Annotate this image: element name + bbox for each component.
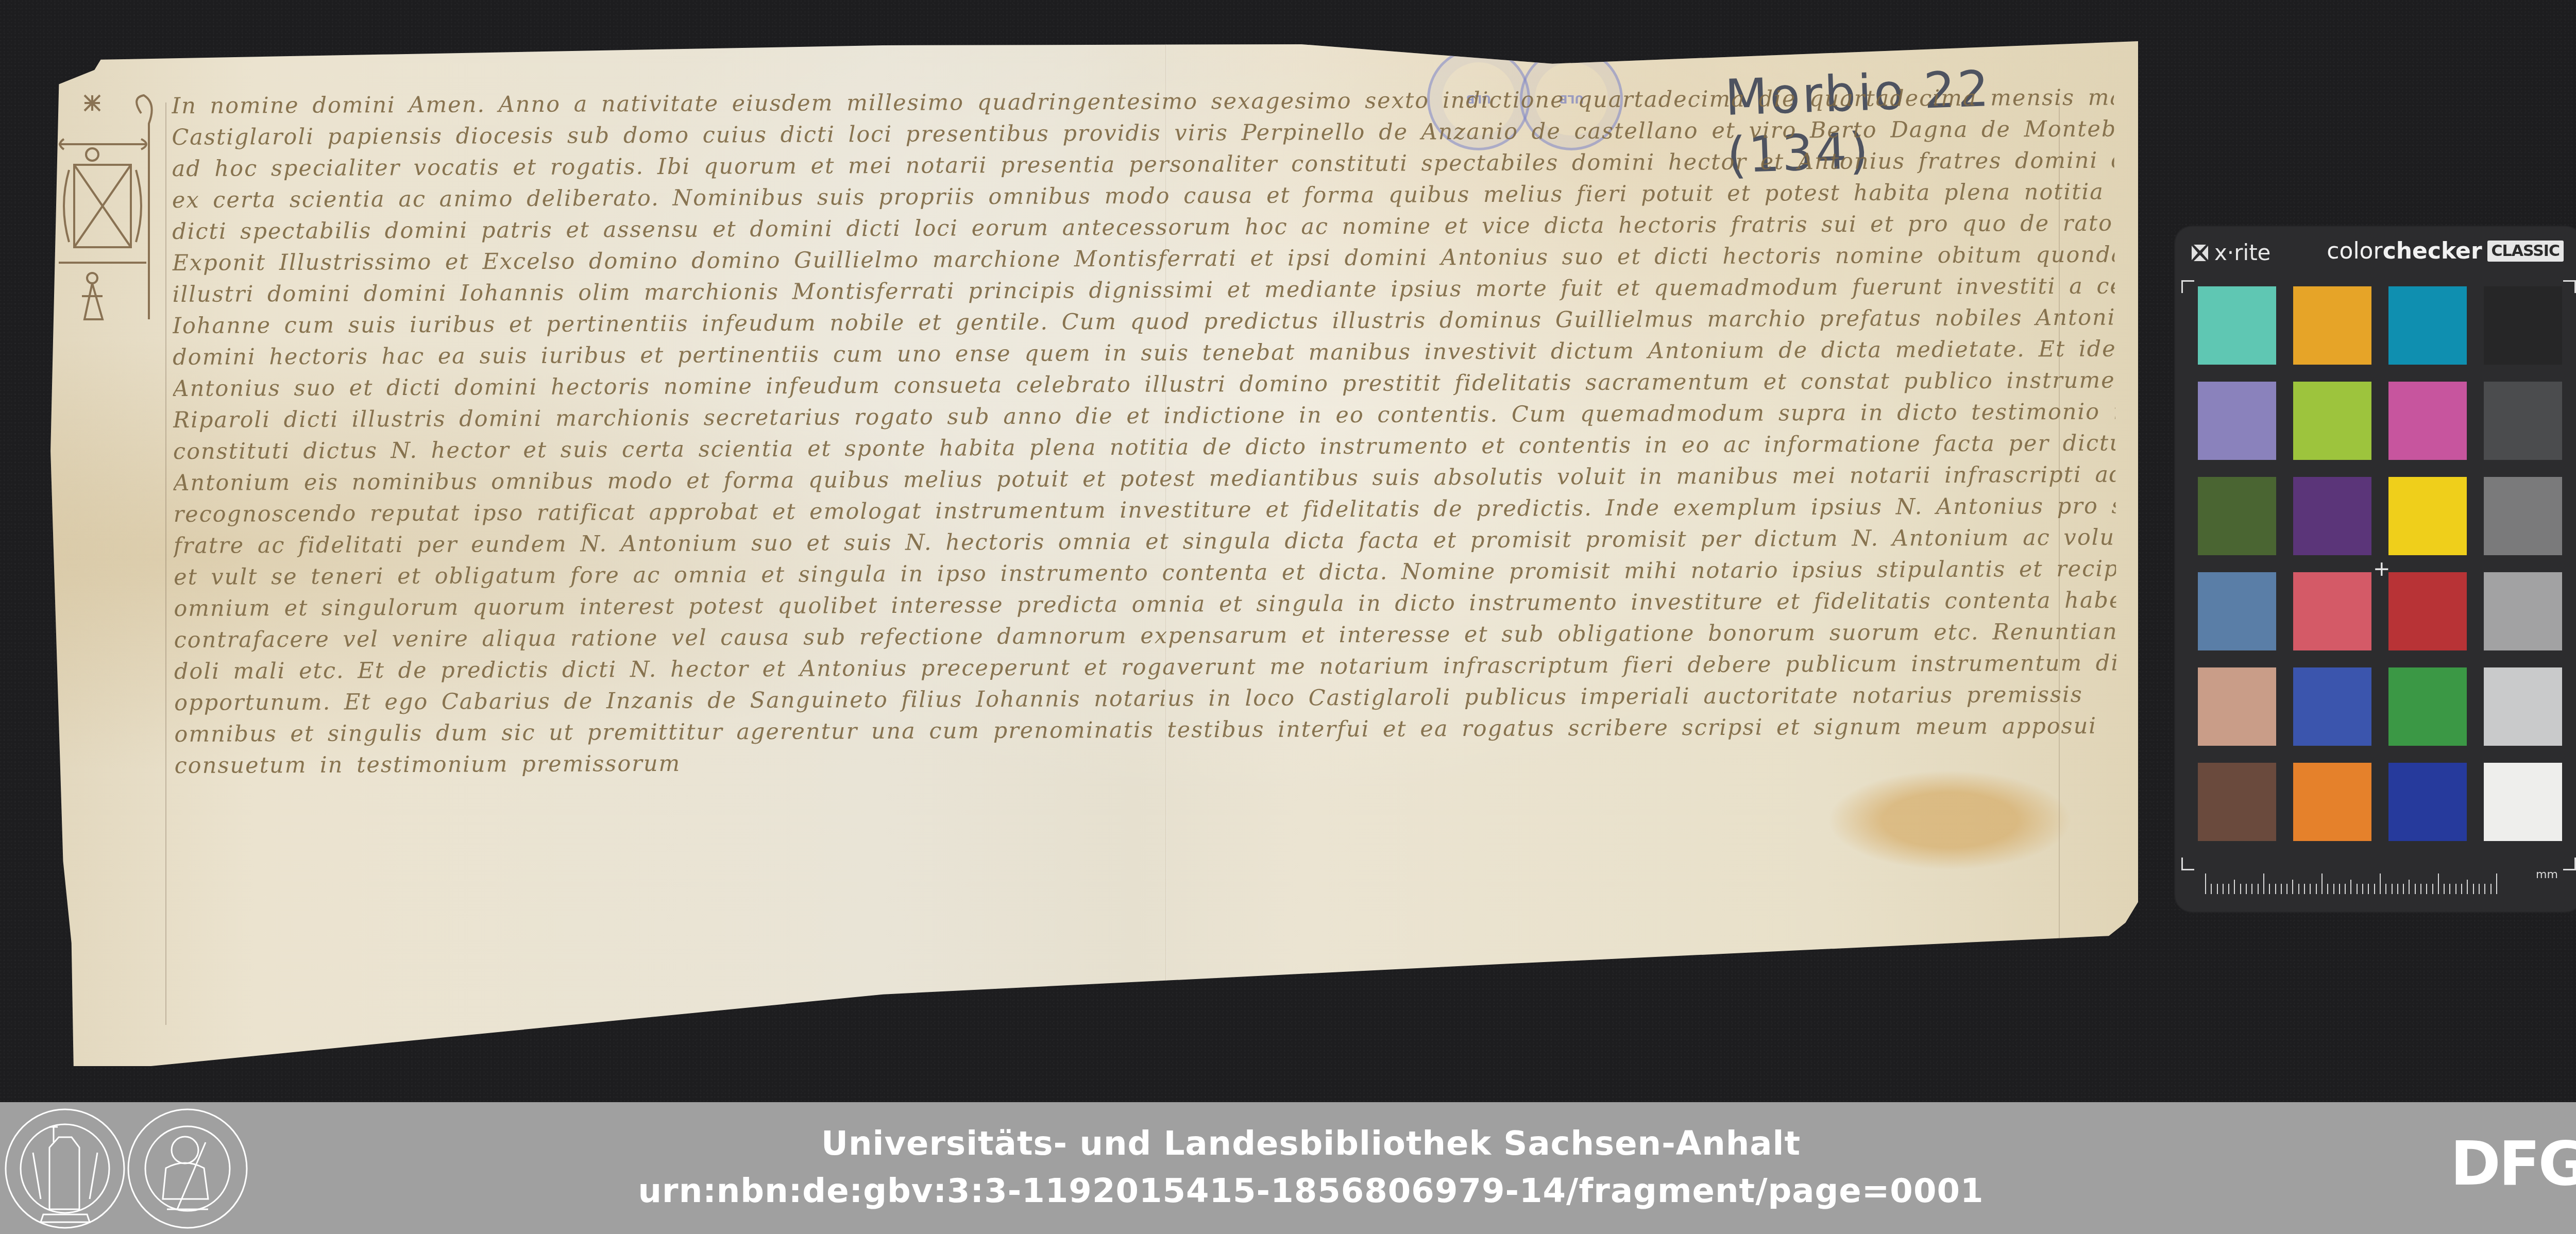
color-patch-magenta [2388, 382, 2467, 460]
ruler-tick [2333, 884, 2334, 894]
color-patch-light-skin [2198, 667, 2276, 746]
color-patch-white [2484, 763, 2562, 841]
scan-background: ULB ULB Morbio 22 (134) In nomine domini… [0, 0, 2576, 1102]
ruler-tick [2467, 880, 2468, 894]
ruler-tick [2339, 884, 2340, 894]
ruler-tick [2490, 884, 2492, 894]
corner-mark-icon [2563, 858, 2576, 870]
ruler-tick [2455, 884, 2456, 894]
ruler-tick [2392, 884, 2393, 894]
ruler-tick [2258, 884, 2259, 894]
color-patch-blue [2388, 763, 2467, 841]
ruler-tick [2240, 884, 2241, 894]
title-light: color [2327, 238, 2382, 264]
color-patch-cyan [2388, 286, 2467, 365]
ruler-tick [2310, 884, 2311, 894]
ruler-tick [2281, 884, 2282, 894]
color-patch-moderate-red [2293, 572, 2371, 650]
color-patch-yellow-green [2293, 382, 2371, 460]
color-patch-red [2388, 572, 2467, 650]
ruler-tick [2461, 884, 2462, 894]
color-patch-purple [2293, 477, 2371, 555]
corner-mark-icon [2181, 858, 2194, 870]
ruler-tick [2420, 884, 2421, 894]
ruler-tick [2397, 884, 2398, 894]
color-patch-neutral-3-5 [2484, 382, 2562, 460]
color-patch-neutral-6-5 [2484, 572, 2562, 650]
ruler-tick [2357, 884, 2358, 894]
xrite-logo-icon [2191, 244, 2209, 262]
ruler-tick [2316, 884, 2317, 894]
ruler-tick [2426, 884, 2427, 894]
ruler-tick [2211, 884, 2212, 894]
ruler-tick [2496, 873, 2497, 894]
ruler-tick [2350, 880, 2351, 894]
ruler-tick [2415, 884, 2416, 894]
ruler-tick [2286, 884, 2287, 894]
color-patch-orange [2293, 763, 2371, 841]
color-checker-card: x·rite color checker CLASSIC + mm [2175, 227, 2576, 912]
left-margin-ruling [165, 102, 166, 1025]
ruler-tick [2403, 884, 2404, 894]
parchment-charter: ULB ULB Morbio 22 (134) In nomine domini… [46, 41, 2138, 1066]
ruler-tick [2205, 873, 2206, 894]
ruler-tick [2362, 884, 2363, 894]
mm-ruler [2205, 870, 2497, 894]
xrite-label: x·rite [2214, 240, 2270, 265]
title-bold: checker [2383, 238, 2482, 264]
ruler-tick [2449, 884, 2450, 894]
color-patch-blue-flower [2198, 382, 2276, 460]
color-patch-yellow [2388, 477, 2467, 555]
footer-banner: Universitäts- und Landesbibliothek Sachs… [0, 1102, 2576, 1234]
colorchecker-title: color checker CLASSIC [2327, 238, 2564, 264]
ruler-tick [2473, 884, 2474, 894]
color-patch-neutral-5 [2484, 477, 2562, 555]
ruler-tick [2304, 884, 2305, 894]
color-patch-blue-sky [2198, 572, 2276, 650]
dfg-logo: DFG [2450, 1128, 2576, 1199]
ruler-tick [2292, 880, 2293, 894]
ruler-tick [2385, 884, 2386, 894]
color-patch-green [2388, 667, 2467, 746]
ruler-tick [2374, 884, 2375, 894]
ruler-tick [2217, 884, 2218, 894]
notarial-sign-icon [54, 93, 157, 330]
urn-identifier[interactable]: urn:nbn:de:gbv:3:3-1192015415-1856806979… [0, 1172, 2576, 1210]
ruler-tick [2438, 873, 2439, 894]
color-patch-dark-skin [2198, 763, 2276, 841]
ruler-tick [2432, 884, 2433, 894]
color-patch-neutral-8 [2484, 667, 2562, 746]
ruler-tick [2380, 873, 2381, 894]
ruler-unit-label: mm [2536, 868, 2558, 881]
classic-badge: CLASSIC [2487, 241, 2564, 262]
xrite-brand: x·rite [2191, 240, 2270, 265]
color-patch-black [2484, 286, 2562, 365]
manuscript-text: In nomine domini Amen. Anno a nativitate… [172, 82, 2117, 782]
ruler-tick [2298, 884, 2299, 894]
ruler-tick [2228, 884, 2229, 894]
ruler-tick [2275, 884, 2276, 894]
corner-mark-icon [2181, 280, 2194, 293]
color-patch-bluish-green [2198, 286, 2276, 365]
institution-name: Universitäts- und Landesbibliothek Sachs… [0, 1125, 2576, 1163]
ruler-tick [2484, 884, 2485, 894]
ruler-tick [2327, 884, 2328, 894]
ruler-tick [2234, 880, 2235, 894]
ruler-tick [2263, 873, 2264, 894]
color-patch-orange-yellow [2293, 286, 2371, 365]
ruler-tick [2246, 884, 2247, 894]
ruler-tick [2444, 884, 2445, 894]
ruler-tick [2345, 884, 2346, 894]
ruler-tick [2251, 884, 2252, 894]
color-patch-purplish-blue [2293, 667, 2371, 746]
ruler-tick [2479, 884, 2480, 894]
crosshair-icon: + [2373, 559, 2391, 579]
color-patch-foliage [2198, 477, 2276, 555]
ruler-tick [2269, 884, 2270, 894]
ruler-tick [2223, 884, 2224, 894]
ruler-tick [2409, 880, 2410, 894]
ruler-tick [2368, 884, 2369, 894]
corner-mark-icon [2563, 280, 2576, 293]
ruler-tick [2321, 873, 2323, 894]
